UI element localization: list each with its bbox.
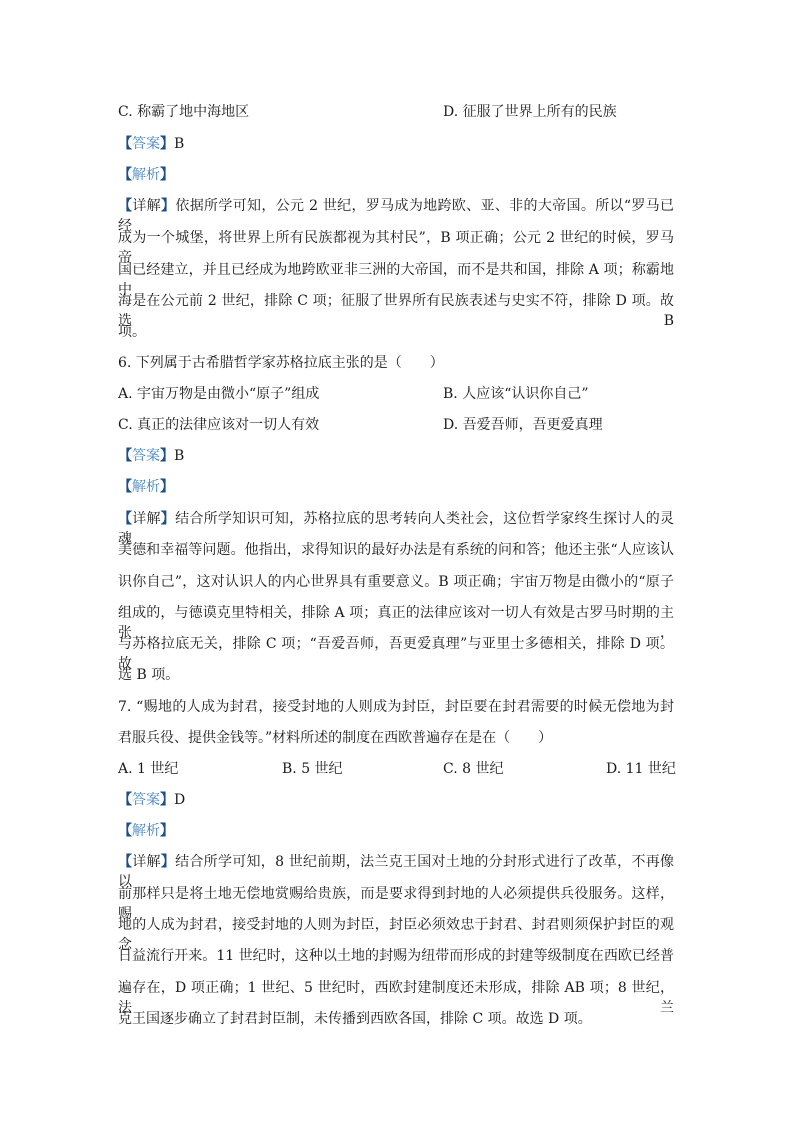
answer-value: D (174, 792, 185, 808)
q6-detail-line-5: 与苏格拉底无关，排除 C 项；“吾爱吾师，吾更爱真理”与亚里士多德相关，排除 D… (118, 634, 674, 674)
q5-analysis-label: 【解析】 (118, 165, 174, 185)
q6-analysis-label: 【解析】 (118, 477, 174, 497)
q6-answer: 【答案】B (118, 446, 184, 466)
q6-detail-line-6: 选 B 项。 (118, 665, 179, 685)
q6-option-d: D. 吾爱吾师，吾更爱真理 (443, 415, 603, 435)
q7-option-b: B. 5 世纪 (282, 759, 343, 779)
detail-label: 详解 (132, 511, 161, 527)
detail-label: 详解 (132, 854, 161, 870)
q7-detail-line-4: 日益流行开来。11 世纪时，这种以土地的封赐为纽带而形成的封建等级制度在西欧已经… (118, 946, 674, 966)
answer-label: 答案 (132, 792, 160, 808)
answer-label: 答案 (132, 448, 160, 464)
q7-answer: 【答案】D (118, 790, 185, 810)
answer-value: B (174, 136, 184, 152)
q7-stem-line-1: 7. “赐地的人成为封君，接受封地的人则成为封臣，封臣要在封君需要的时候无偿地为… (118, 697, 674, 717)
q6-detail-line-3: 识你自己”，这对认识人的内心世界具有重要意义。B 项正确；宇宙万物是由微小的“原… (118, 572, 674, 592)
q7-option-d: D. 11 世纪 (606, 759, 676, 779)
q6-detail-line-2: 美德和幸福等问题。他指出，求得知识的最好办法是有系统的问和答；他还主张“人应该认 (118, 540, 674, 560)
q5-option-c: C. 称霸了地中海地区 (118, 102, 249, 122)
q5-detail-line-4: 海是在公元前 2 世纪，排除 C 项；征服了世界所有民族表述与史实不符，排除 D… (118, 291, 674, 331)
answer-value: B (174, 448, 184, 464)
q5-option-d: D. 征服了世界上所有的民族 (443, 102, 617, 122)
q7-option-a: A. 1 世纪 (118, 759, 178, 779)
q7-analysis-label: 【解析】 (118, 821, 174, 841)
q6-stem: 6. 下列属于古希腊哲学家苏格拉底主张的是（ ） (118, 353, 444, 373)
q6-option-c: C. 真正的法律应该对一切人有效 (118, 415, 319, 435)
answer-label: 答案 (132, 136, 160, 152)
q7-option-c: C. 8 世纪 (443, 759, 503, 779)
detail-label: 详解 (132, 198, 161, 214)
q7-detail-line-6: 克王国逐步确立了封君封臣制，未传播到西欧各国，排除 C 项。故选 D 项。 (118, 1009, 592, 1029)
q6-option-b: B. 人应该“认识你自己” (443, 384, 589, 404)
q7-stem-line-2: 君服兵役、提供金钱等。”材料所述的制度在西欧普遍存在是在（ ） (118, 728, 552, 748)
q5-detail-line-5: 项。 (118, 322, 146, 342)
q5-answer: 【答案】B (118, 134, 184, 154)
q6-option-a: A. 宇宙万物是由微小“原子”组成 (118, 384, 319, 404)
